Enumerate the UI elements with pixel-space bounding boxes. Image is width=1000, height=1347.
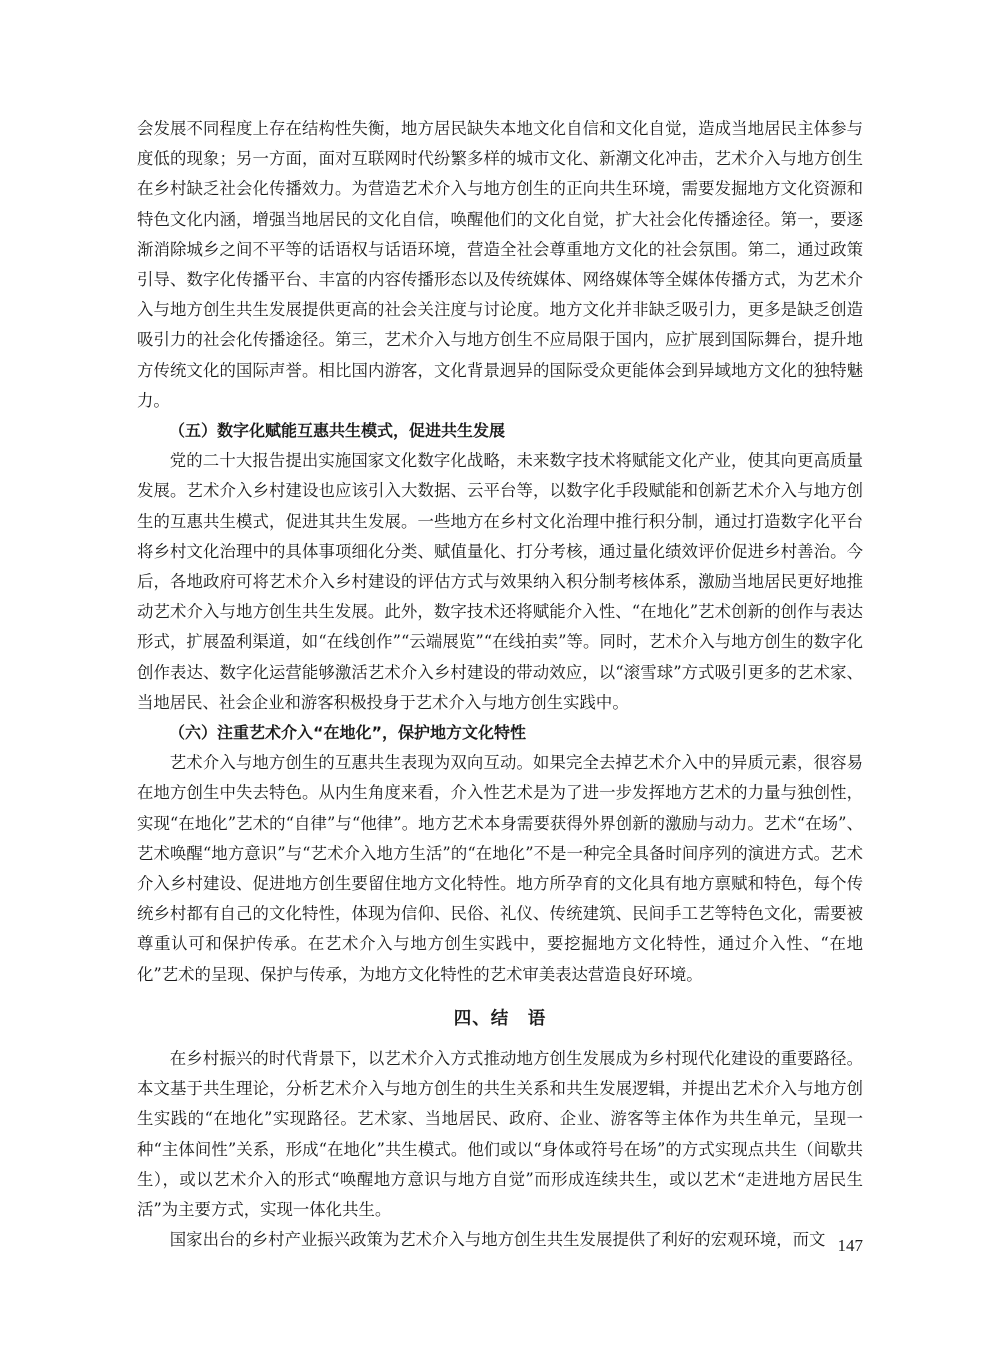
paragraph-policy: 国家出台的乡村产业振兴政策为艺术介入与地方创生共生发展提供了利好的宏观环境，而文 [137, 1225, 863, 1255]
subheading-six: （六）注重艺术介入“在地化”，保护地方文化特性 [137, 718, 863, 748]
paragraph-conclusion: 在乡村振兴的时代背景下，以艺术介入方式推动地方创生发展成为乡村现代化建设的重要路… [137, 1044, 863, 1225]
paragraph-localization: 艺术介入与地方创生的互惠共生表现为双向互动。如果完全去掉艺术介入中的异质元素，很… [137, 748, 863, 990]
section-title-conclusion: 四、结 语 [137, 1002, 863, 1036]
page-body: 会发展不同程度上存在结构性失衡，地方居民缺失本地文化自信和文化自觉，造成当地居民… [137, 114, 863, 1255]
paragraph-intro-continued: 会发展不同程度上存在结构性失衡，地方居民缺失本地文化自信和文化自觉，造成当地居民… [137, 114, 863, 416]
page-number: 147 [815, 1236, 863, 1256]
subheading-five: （五）数字化赋能互惠共生模式，促进共生发展 [137, 416, 863, 446]
paragraph-digital-empowerment: 党的二十大报告提出实施国家文化数字化战略，未来数字技术将赋能文化产业，使其向更高… [137, 446, 863, 718]
